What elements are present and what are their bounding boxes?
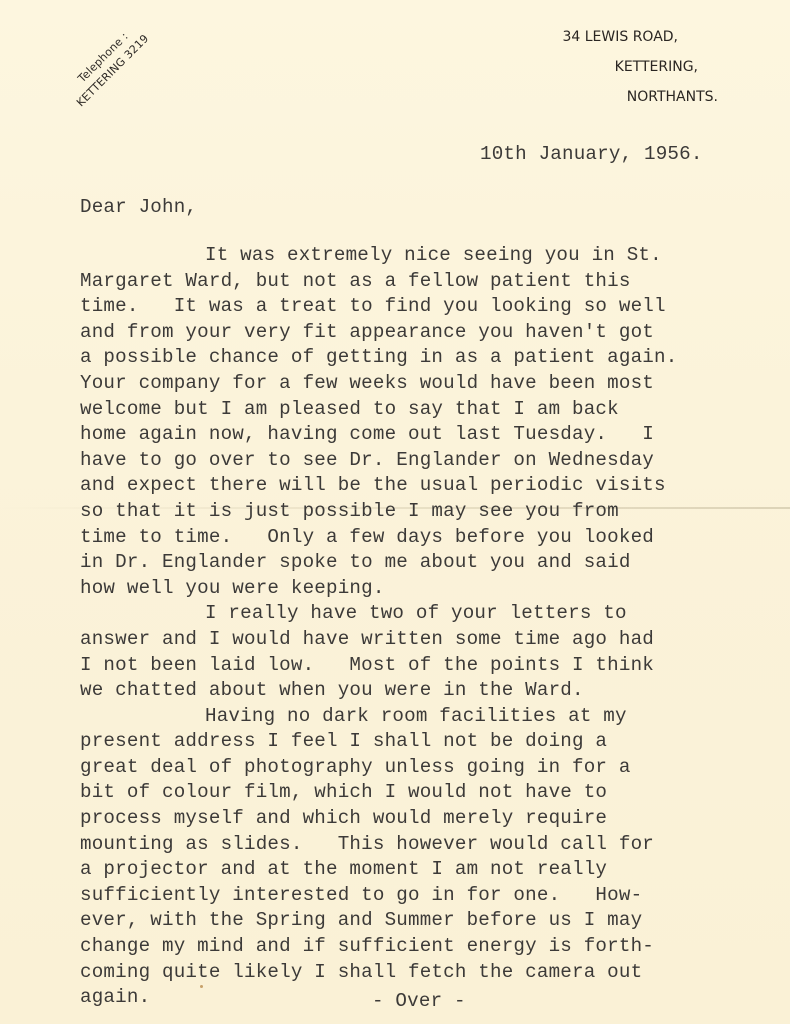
body-line: time. It was a treat to find you looking… [80, 294, 780, 320]
paper-speck [200, 985, 203, 988]
salutation: Dear John, [80, 196, 197, 218]
body-line: a possible chance of getting in as a pat… [80, 345, 780, 371]
body-line: coming quite likely I shall fetch the ca… [80, 960, 780, 986]
body-line: mounting as slides. This however would c… [80, 832, 780, 858]
address-county: NORTHANTS. [562, 82, 718, 112]
body-line: have to go over to see Dr. Englander on … [80, 448, 780, 474]
body-line: bit of colour film, which I would not ha… [80, 780, 780, 806]
body-line: I not been laid low. Most of the points … [80, 653, 780, 679]
body-line: I really have two of your letters to [80, 601, 780, 627]
body-line: in Dr. Englander spoke to me about you a… [80, 550, 780, 576]
body-line: how well you were keeping. [80, 576, 780, 602]
body-line: great deal of photography unless going i… [80, 755, 780, 781]
body-line: ever, with the Spring and Summer before … [80, 908, 780, 934]
page-turn-note: - Over - [372, 990, 466, 1012]
body-line: home again now, having come out last Tue… [80, 422, 780, 448]
letterhead-address: 34 LEWIS ROAD, KETTERING, NORTHANTS. [562, 22, 718, 112]
body-line: Having no dark room facilities at my [80, 704, 780, 730]
body-line: Margaret Ward, but not as a fellow patie… [80, 269, 780, 295]
body-line: we chatted about when you were in the Wa… [80, 678, 780, 704]
body-line: and from your very fit appearance you ha… [80, 320, 780, 346]
body-line: welcome but I am pleased to say that I a… [80, 397, 780, 423]
body-line: so that it is just possible I may see yo… [80, 499, 780, 525]
body-line: present address I feel I shall not be do… [80, 729, 780, 755]
body-line: Your company for a few weeks would have … [80, 371, 780, 397]
body-line: process myself and which would merely re… [80, 806, 780, 832]
body-line: sufficiently interested to go in for one… [80, 883, 780, 909]
body-line: It was extremely nice seeing you in St. [80, 243, 780, 269]
body-line: change my mind and if sufficient energy … [80, 934, 780, 960]
letter-date: 10th January, 1956. [480, 143, 703, 165]
address-town: KETTERING, [562, 52, 698, 82]
body-line: answer and I would have written some tim… [80, 627, 780, 653]
letter-body: It was extremely nice seeing you in St.M… [80, 243, 780, 1011]
address-street: 34 LEWIS ROAD, [562, 22, 678, 52]
body-line: a projector and at the moment I am not r… [80, 857, 780, 883]
body-line: time to time. Only a few days before you… [80, 525, 780, 551]
body-line: and expect there will be the usual perio… [80, 473, 780, 499]
